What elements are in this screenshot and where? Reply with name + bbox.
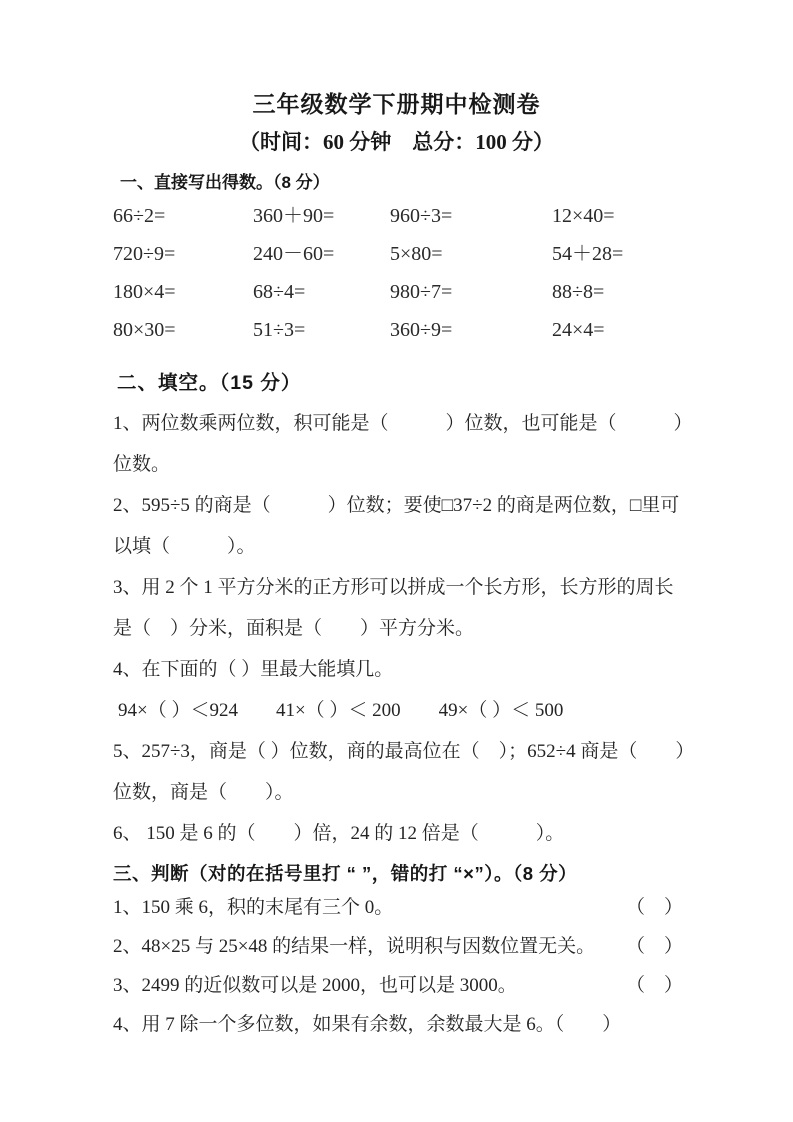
calc-problem: 24×4=: [552, 311, 689, 349]
section2-heading: 二、填空。（15 分）: [117, 367, 689, 395]
exam-paper-page: 三年级数学下册期中检测卷 （时间：60 分钟 总分：100 分） 一、直接写出得…: [0, 0, 793, 1122]
calc-problem: 960÷3=: [390, 197, 552, 235]
judgment-text: 4、用 7 除一个多位数，如果有余数，余数最大是 6。（ ）: [113, 1005, 621, 1044]
section3-heading: 三、判断（对的在括号里打 “ ”，错的打 “×”）。（8 分）: [113, 860, 689, 886]
calc-problem: 12×40=: [552, 197, 689, 235]
judgment-item-3: 3、2499 的近似数可以是 2000，也可以是 3000。 （ ）: [113, 966, 689, 1005]
calc-problem: 5×80=: [390, 235, 552, 273]
fill-blank-question-3: 3、用 2 个 1 平方分米的正方形可以拼成一个长方形，长方形的周长是（ ）分米…: [113, 567, 689, 649]
fill-blank-question-5: 5、257÷3，商是（ ）位数，商的最高位在（ ）；652÷4 商是（ ）位数，…: [113, 731, 689, 813]
calc-problem: 720÷9=: [113, 235, 253, 273]
exam-content: 一、直接写出得数。（8 分） 66÷2= 360＋90= 960÷3= 12×4…: [113, 168, 689, 1044]
page-title: 三年级数学下册期中检测卷: [0, 86, 793, 119]
calc-problem: 88÷8=: [552, 273, 689, 311]
section1-heading: 一、直接写出得数。（8 分）: [120, 168, 689, 193]
fill-blank-question-4-expressions: 94×（ ）＜924 41×（ ）＜ 200 49×（ ）＜ 500: [113, 690, 689, 731]
judgment-item-1: 1、150 乘 6，积的末尾有三个 0。 （ ）: [113, 888, 689, 927]
fill-blank-question-1: 1、两位数乘两位数，积可能是（ ）位数，也可能是（ ）位数。: [113, 403, 689, 485]
judgment-text: 1、150 乘 6，积的末尾有三个 0。: [113, 888, 393, 927]
calc-problem: 360＋90=: [253, 197, 390, 235]
fill-blank-question-2: 2、595÷5 的商是（ ）位数；要使□37÷2 的商是两位数，□里可以填（ ）…: [113, 485, 689, 567]
fill-blank-question-4: 4、在下面的（ ）里最大能填几。: [113, 649, 689, 690]
fill-blank-question-6: 6、 150 是 6 的（ ）倍，24 的 12 倍是（ ）。: [113, 813, 689, 854]
calc-problem: 68÷4=: [253, 273, 390, 311]
calc-problem: 80×30=: [113, 311, 253, 349]
oral-calculation-grid: 66÷2= 360＋90= 960÷3= 12×40= 720÷9= 240－6…: [113, 197, 689, 349]
calc-problem: 180×4=: [113, 273, 253, 311]
page-subtitle: （时间：60 分钟 总分：100 分）: [0, 126, 793, 156]
calc-problem: 54＋28=: [552, 235, 689, 273]
calc-problem: 51÷3=: [253, 311, 390, 349]
judgment-text: 3、2499 的近似数可以是 2000，也可以是 3000。: [113, 966, 517, 1005]
judgment-item-4: 4、用 7 除一个多位数，如果有余数，余数最大是 6。（ ）: [113, 1005, 689, 1044]
answer-brackets: （ ）: [626, 966, 689, 1005]
answer-brackets: （ ）: [626, 888, 689, 927]
calc-problem: 980÷7=: [390, 273, 552, 311]
calc-problem: 66÷2=: [113, 197, 253, 235]
calc-problem: 240－60=: [253, 235, 390, 273]
calc-problem: 360÷9=: [390, 311, 552, 349]
judgment-text: 2、48×25 与 25×48 的结果一样，说明积与因数位置无关。: [113, 927, 595, 966]
answer-brackets: （ ）: [626, 927, 689, 966]
judgment-item-2: 2、48×25 与 25×48 的结果一样，说明积与因数位置无关。 （ ）: [113, 927, 689, 966]
